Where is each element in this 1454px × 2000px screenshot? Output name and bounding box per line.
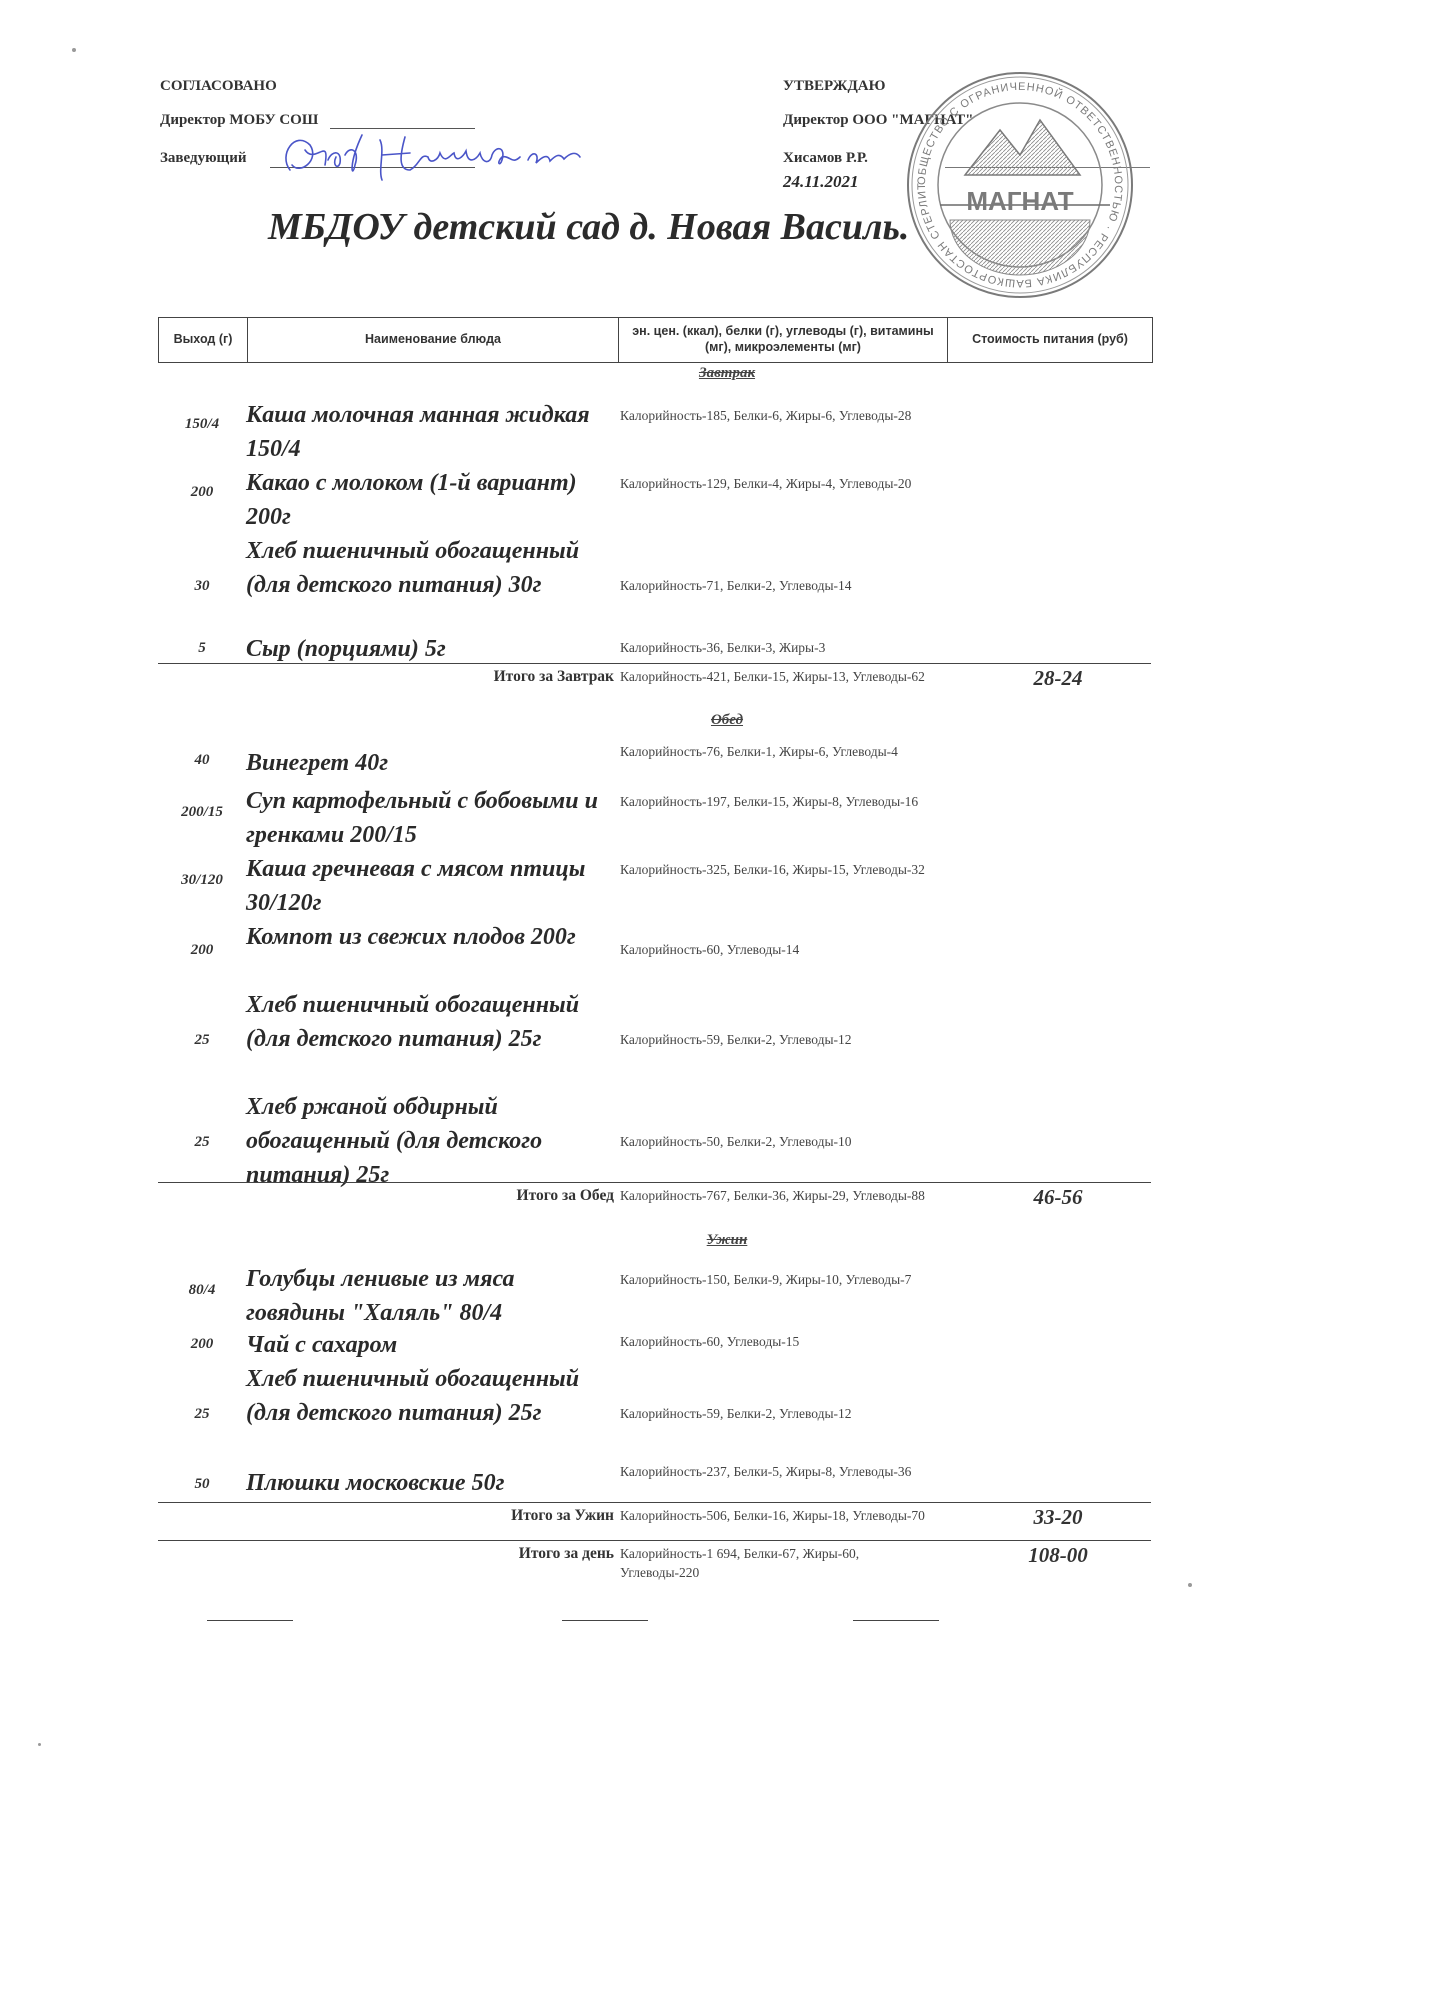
signature-blank-2 <box>562 1620 648 1621</box>
total-nutrition: Калорийность-421, Белки-15, Жиры-13, Угл… <box>620 667 940 686</box>
row-dish: Голубцы ленивые из мяса говядины "Халяль… <box>246 1262 616 1330</box>
row-nutrition: Калорийность-325, Белки-16, Жиры-15, Угл… <box>620 860 940 879</box>
row-nutrition: Калорийность-50, Белки-2, Углеводы-10 <box>620 1132 940 1151</box>
scan-speck <box>1188 1583 1192 1587</box>
header-nutrition: эн. цен. (ккал), белки (г), углеводы (г)… <box>619 318 948 362</box>
row-yield: 200 <box>158 484 246 501</box>
total-nutrition: Калорийность-767, Белки-36, Жиры-29, Угл… <box>620 1186 940 1205</box>
document-title: МБДОУ детский сад д. Новая Василь. <box>268 205 909 249</box>
row-yield: 200 <box>158 1336 246 1353</box>
row-dish: Чай с сахаром <box>246 1328 616 1362</box>
dinner-total: Итого за Ужин Калорийность-506, Белки-16… <box>158 1502 1151 1541</box>
row-nutrition: Калорийность-71, Белки-2, Углеводы-14 <box>620 576 940 595</box>
row-dish: Плюшки московские 50г <box>246 1466 616 1500</box>
approval-date: 24.11.2021 <box>783 172 859 192</box>
row-yield: 40 <box>158 752 246 769</box>
total-cost: 28-24 <box>1008 666 1108 691</box>
total-cost: 46-56 <box>1008 1185 1108 1210</box>
day-total: Итого за день Калорийность-1 694, Белки-… <box>158 1540 1151 1585</box>
row-nutrition: Калорийность-36, Белки-3, Жиры-3 <box>620 638 940 657</box>
signature-blank-1 <box>207 1620 293 1621</box>
total-label: Итого за Обед <box>517 1187 614 1205</box>
total-nutrition: Калорийность-1 694, Белки-67, Жиры-60, У… <box>620 1544 940 1582</box>
row-nutrition: Калорийность-60, Углеводы-14 <box>620 940 940 959</box>
row-nutrition: Калорийность-185, Белки-6, Жиры-6, Углев… <box>620 406 940 425</box>
row-yield: 50 <box>158 1476 246 1493</box>
total-label: Итого за день <box>519 1545 614 1563</box>
header-dish-name: Наименование блюда <box>248 318 619 362</box>
row-yield: 200/15 <box>158 804 246 821</box>
row-yield: 150/4 <box>158 416 246 433</box>
row-nutrition: Калорийность-59, Белки-2, Углеводы-12 <box>620 1404 940 1423</box>
lunch-total: Итого за Обед Калорийность-767, Белки-36… <box>158 1182 1151 1227</box>
row-dish: Хлеб пшеничный обогащенный (для детского… <box>246 534 616 602</box>
row-dish: Каша молочная манная жидкая 150/4 <box>246 398 616 466</box>
row-yield: 25 <box>158 1134 246 1151</box>
total-cost: 108-00 <box>1008 1543 1108 1568</box>
row-nutrition: Калорийность-60, Углеводы-15 <box>620 1332 940 1351</box>
row-nutrition: Калорийность-237, Белки-5, Жиры-8, Углев… <box>620 1462 940 1481</box>
row-yield: 25 <box>158 1032 246 1049</box>
row-dish: Суп картофельный с бобовыми и гренками 2… <box>246 784 616 852</box>
row-yield: 5 <box>158 640 246 657</box>
approval-left-role: Заведующий <box>160 150 246 167</box>
row-dish: Хлеб пшеничный обогащенный (для детского… <box>246 988 616 1056</box>
section-breakfast: Завтрак <box>0 365 1454 382</box>
approval-right-heading: УТВЕРЖДАЮ <box>783 78 886 95</box>
row-nutrition: Калорийность-150, Белки-9, Жиры-10, Угле… <box>620 1270 940 1289</box>
total-nutrition: Калорийность-506, Белки-16, Жиры-18, Угл… <box>620 1506 940 1525</box>
approval-left-heading: СОГЛАСОВАНО <box>160 78 277 95</box>
row-nutrition: Калорийность-59, Белки-2, Углеводы-12 <box>620 1030 940 1049</box>
signature-blank-3 <box>853 1620 939 1621</box>
section-dinner: Ужин <box>0 1232 1454 1249</box>
row-dish: Винегрет 40г <box>246 746 616 780</box>
total-label: Итого за Ужин <box>511 1507 614 1525</box>
scan-speck <box>72 48 76 52</box>
svg-text:МАГНАТ: МАГНАТ <box>966 186 1073 216</box>
scan-speck <box>38 1743 41 1746</box>
row-dish: Каша гречневая с мясом птицы 30/120г <box>246 852 616 920</box>
menu-table-header: Выход (г) Наименование блюда эн. цен. (к… <box>158 317 1153 363</box>
official-stamp: ОБЩЕСТВО С ОГРАНИЧЕННОЙ ОТВЕТСТВЕННОСТЬЮ… <box>895 60 1145 310</box>
approval-right-name: Хисамов Р.Р. <box>783 150 868 167</box>
row-nutrition: Калорийность-76, Белки-1, Жиры-6, Углево… <box>620 742 940 761</box>
row-yield: 30/120 <box>158 872 246 889</box>
row-nutrition: Калорийность-129, Белки-4, Жиры-4, Углев… <box>620 474 940 493</box>
header-yield: Выход (г) <box>159 318 248 362</box>
row-dish: Какао с молоком (1-й вариант) 200г <box>246 466 616 534</box>
row-dish: Хлеб пшеничный обогащенный (для детского… <box>246 1362 616 1430</box>
row-dish: Сыр (порциями) 5г <box>246 632 616 666</box>
row-yield: 200 <box>158 942 246 959</box>
header-cost: Стоимость питания (руб) <box>948 318 1152 362</box>
total-label: Итого за Завтрак <box>494 668 614 686</box>
row-yield: 80/4 <box>158 1282 246 1299</box>
row-yield: 25 <box>158 1406 246 1423</box>
total-cost: 33-20 <box>1008 1505 1108 1530</box>
section-lunch: Обед <box>0 712 1454 729</box>
handwritten-signature <box>270 125 620 195</box>
row-yield: 30 <box>158 578 246 595</box>
row-dish: Хлеб ржаной обдирный обогащенный (для де… <box>246 1090 616 1192</box>
row-dish: Компот из свежих плодов 200г <box>246 920 616 954</box>
breakfast-total: Итого за Завтрак Калорийность-421, Белки… <box>158 663 1151 708</box>
row-nutrition: Калорийность-197, Белки-15, Жиры-8, Угле… <box>620 792 940 811</box>
